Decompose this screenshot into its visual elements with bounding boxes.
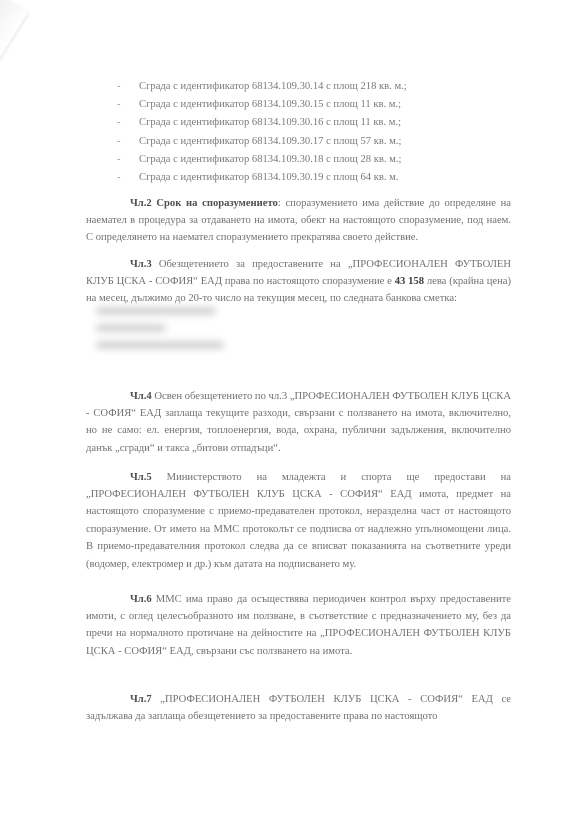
article-2: Чл.2 Срок на споразумението: споразумени… bbox=[86, 195, 511, 247]
bullet-dash-icon: - bbox=[117, 78, 121, 96]
document-page: -Сграда с идентификатор 68134.109.30.14 … bbox=[0, 0, 580, 823]
article-6-label: Чл.6 bbox=[86, 594, 152, 605]
article-5-label: Чл.5 bbox=[86, 472, 152, 483]
redacted-bank-details bbox=[96, 308, 226, 368]
article-2-label: Чл.2 bbox=[86, 198, 152, 209]
buildings-list: -Сграда с идентификатор 68134.109.30.14 … bbox=[117, 78, 407, 187]
list-item: -Сграда с идентификатор 68134.109.30.14 … bbox=[117, 78, 407, 96]
page-corner-fold bbox=[0, 0, 28, 114]
article-4-label: Чл.4 bbox=[86, 391, 152, 402]
article-3: Чл.3 Обезщетението за предоставените на … bbox=[86, 256, 511, 308]
bullet-dash-icon: - bbox=[117, 133, 121, 151]
article-4: Чл.4 Освен обезщетението по чл.3 „ПРОФЕС… bbox=[86, 388, 511, 458]
compensation-amount: 43 158 bbox=[395, 276, 424, 287]
list-item: -Сграда с идентификатор 68134.109.30.17 … bbox=[117, 133, 407, 151]
list-item: -Сграда с идентификатор 68134.109.30.19 … bbox=[117, 169, 407, 187]
bullet-dash-icon: - bbox=[117, 114, 121, 132]
list-item: -Сграда с идентификатор 68134.109.30.15 … bbox=[117, 96, 407, 114]
article-3-label: Чл.3 bbox=[86, 259, 152, 270]
list-item: -Сграда с идентификатор 68134.109.30.18 … bbox=[117, 151, 407, 169]
bullet-dash-icon: - bbox=[117, 151, 121, 169]
article-5-text: Министерството на младежта и спорта ще п… bbox=[86, 472, 511, 570]
article-7: Чл.7 „ПРОФЕСИОНАЛЕН ФУТБОЛЕН КЛУБ ЦСКА -… bbox=[86, 691, 511, 726]
article-7-label: Чл.7 bbox=[86, 694, 152, 705]
bullet-dash-icon: - bbox=[117, 96, 121, 114]
article-6: Чл.6 ММС има право да осъществява период… bbox=[86, 591, 511, 661]
article-5: Чл.5 Министерството на младежта и спорта… bbox=[86, 469, 511, 573]
bullet-dash-icon: - bbox=[117, 169, 121, 187]
article-2-heading: Срок на споразумението bbox=[156, 198, 277, 209]
list-item: -Сграда с идентификатор 68134.109.30.16 … bbox=[117, 114, 407, 132]
